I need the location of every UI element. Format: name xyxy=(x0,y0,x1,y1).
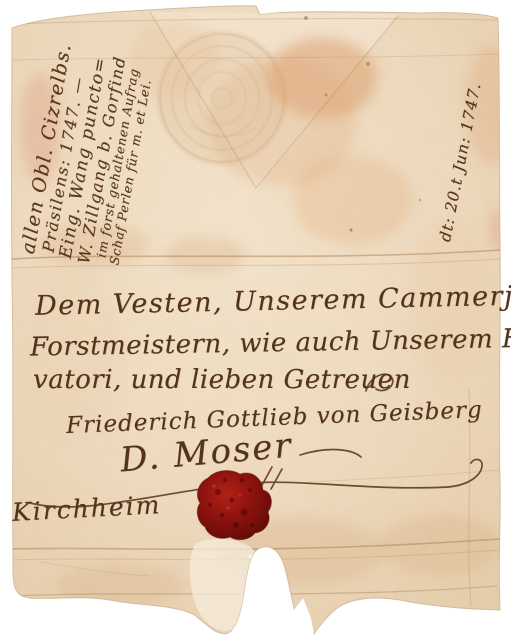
address-line-3: vatori, und lieben Getreuen xyxy=(33,367,411,394)
paper-tear xyxy=(190,539,263,638)
wax-seal xyxy=(197,471,271,540)
letter-photo: allen Obl. Cizrelbs. Präsilens: 1747. — … xyxy=(0,0,511,640)
